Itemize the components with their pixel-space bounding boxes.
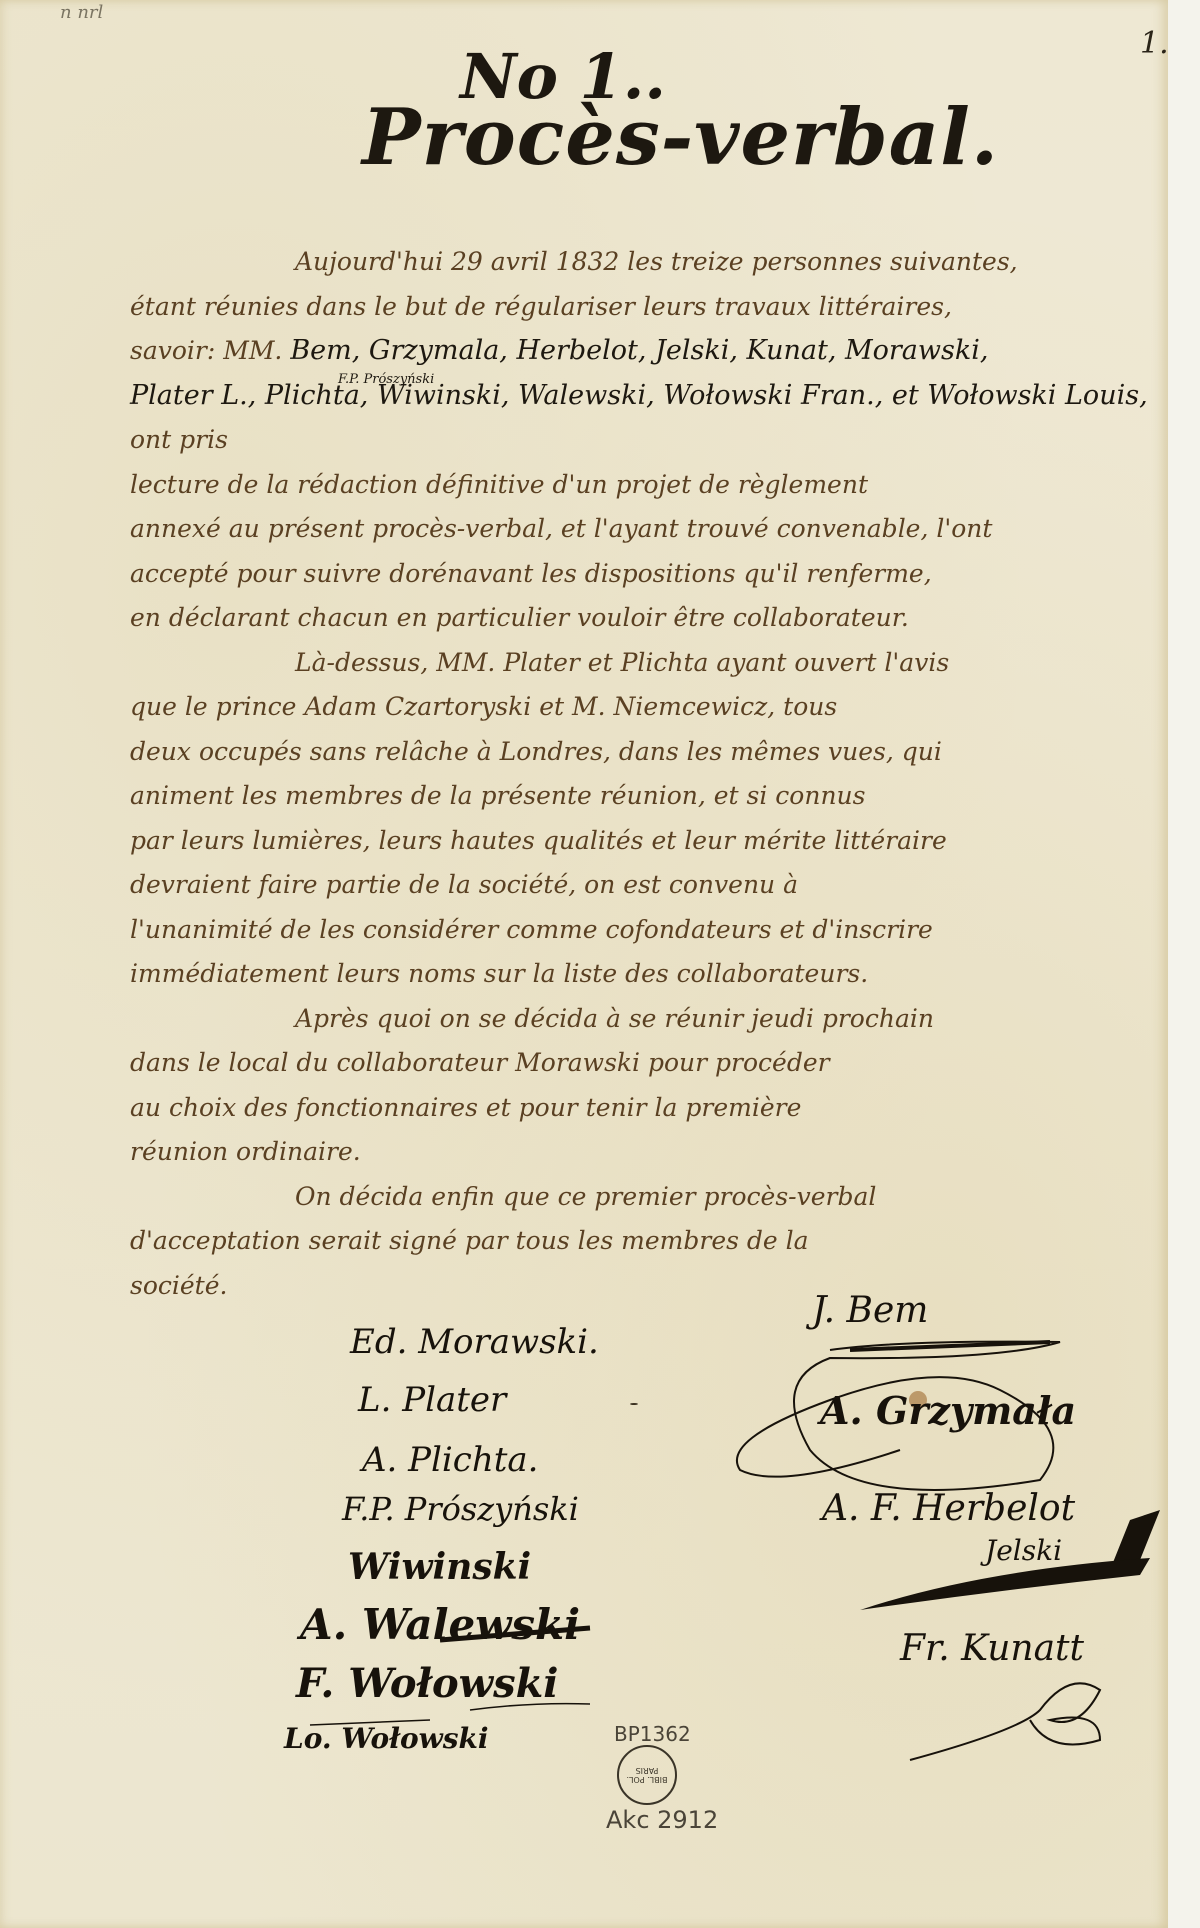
paragraph-4-line: On décida enfin que ce premier procès-ve… [130, 1175, 1190, 1220]
body-line: annexé au présent procès-verbal, et l'ay… [130, 507, 1190, 552]
signature-kunatt-flourish [900, 1660, 1140, 1770]
stray-mark [630, 1403, 638, 1405]
paragraph-1-line-1: Aujourd'hui 29 avril 1832 les treize per… [130, 240, 1190, 285]
paragraph-2-line: immédiatement leurs noms sur la liste de… [130, 952, 1190, 997]
accession-number: Akc 2912 [606, 1806, 718, 1834]
paragraph-2-line: que le prince Adam Czartoryski et M. Nie… [130, 685, 1190, 730]
paragraph-2-line: Là-dessus, MM. Plater et Plichta ayant o… [130, 641, 1190, 686]
paragraph-2-line: l'unanimité de les considérer comme cofo… [130, 908, 1190, 953]
paragraph-4-line: société. [130, 1264, 1190, 1309]
names-line-2: Plater L., Plichta, Wiwinski, Walewski, … [130, 374, 1190, 463]
paragraph-3-line: réunion ordinaire. [130, 1130, 1190, 1175]
names-line-1: savoir: MM. Bem, Grzymala, Herbelot, Jel… [130, 329, 1190, 374]
paragraph-3-line: dans le local du collaborateur Morawski … [130, 1041, 1190, 1086]
paragraph-3-line: Après quoi on se décida à se réunir jeud… [130, 997, 1190, 1042]
paragraph-2-line: animent les membres de la présente réuni… [130, 774, 1190, 819]
paragraph-2-line: devraient faire partie de la société, on… [130, 863, 1190, 908]
body-line: accepté pour suivre dorénavant les dispo… [130, 552, 1190, 597]
document-title: Procès-verbal. [362, 92, 999, 183]
corner-pencil-note: n nrl [60, 2, 103, 23]
member-names-2: Plater L., Plichta, Wiwinski, Walewski, … [130, 380, 1148, 411]
body-line: en déclarant chacun en particulier voulo… [130, 596, 1190, 641]
library-stamp: BIBL. POL. PARIS [617, 1745, 677, 1805]
names-prefix: savoir: MM. [130, 336, 282, 365]
paragraph-1-line-2: étant réunies dans le but de régulariser… [130, 285, 1190, 330]
paragraph-2-line: par leurs lumières, leurs hautes qualité… [130, 819, 1190, 864]
signature-plater: L. Plater [358, 1380, 506, 1420]
body-line: lecture de la rédaction définitive d'un … [130, 463, 1190, 508]
paragraph-4-line: d'acceptation serait signé par tous les … [130, 1219, 1190, 1264]
signature-underline-flourish [290, 1620, 610, 1740]
member-names-1: Bem, Grzymala, Herbelot, Jelski, Kunat, … [290, 335, 988, 366]
signature-morawski: Ed. Morawski. [350, 1322, 599, 1362]
signature-wiwinski: Wiwinski [348, 1546, 531, 1588]
shelfmark: BP1362 [614, 1722, 691, 1746]
signature-plichta: A. Plichta. [362, 1440, 538, 1480]
interlinear-insertion: F.P. Prószyński [338, 372, 434, 387]
paragraph-3-line: au choix des fonctionnaires et pour teni… [130, 1086, 1190, 1131]
paragraph-2-line: deux occupés sans relâche à Londres, dan… [130, 730, 1190, 775]
library-stamp-text: BIBL. POL. PARIS [619, 1766, 675, 1784]
names-suffix: ont pris [130, 425, 228, 454]
folio-number: 1. [1140, 26, 1169, 61]
ink-blot-stroke [840, 1500, 1170, 1620]
signature-proszynski: F.P. Prószyński [342, 1490, 579, 1528]
signature-grzymala: A. Grzymała [820, 1388, 1076, 1433]
document-body: Aujourd'hui 29 avril 1832 les treize per… [130, 240, 1190, 1308]
